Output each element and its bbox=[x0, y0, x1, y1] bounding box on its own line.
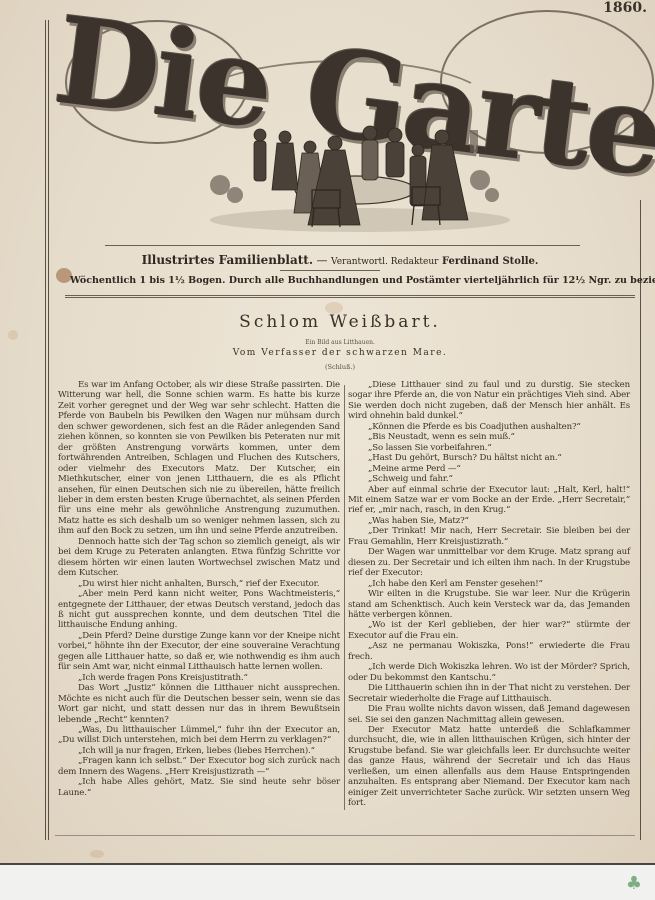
issue-number: 1860. bbox=[603, 0, 647, 16]
paragraph: „Ich habe den Kerl am Fenster gesehen!“ bbox=[348, 579, 630, 589]
article-title: Schlom Weißbart. bbox=[200, 312, 480, 332]
paragraph: „Meine arme Perd —“ bbox=[348, 464, 630, 474]
paragraph: Die Frau wollte nichts davon wissen, daß… bbox=[348, 704, 630, 725]
paragraph: „Hast Du gehört, Bursch? Du hältst nicht… bbox=[348, 453, 630, 463]
paper-stain bbox=[8, 330, 18, 340]
paragraph: „Schweig und fahr.“ bbox=[348, 474, 630, 484]
paragraph: „Diese Litthauer sind zu faul und zu dur… bbox=[348, 380, 630, 422]
paragraph: Es war im Anfang October, als wir diese … bbox=[58, 380, 340, 537]
paragraph: „So lassen Sie vorbeifahren.“ bbox=[348, 443, 630, 453]
paper-stain bbox=[90, 850, 104, 858]
paragraph: „Dein Pferd? Deine durstige Zunge kann v… bbox=[58, 631, 340, 673]
zebra-logo-icon: ♣ bbox=[623, 870, 645, 898]
paragraph: „Können die Pferde es bis Coadjuthen aus… bbox=[348, 422, 630, 432]
paragraph: „Was haben Sie, Matz?“ bbox=[348, 516, 630, 526]
text-column-right: „Diese Litthauer sind zu faul und zu dur… bbox=[348, 380, 630, 809]
paragraph: „Ich habe Alles gehört, Matz. Sie sind h… bbox=[58, 777, 340, 798]
subtitle-main: Illustrirtes Familienblatt. bbox=[142, 253, 313, 267]
paragraph: „Ich will ja nur fragen, Erken, liebes (… bbox=[58, 746, 340, 756]
masthead-rule bbox=[105, 245, 580, 246]
info-rule bbox=[65, 295, 635, 296]
subscription-info: Wöchentlich 1 bis 1½ Bogen. Durch alle B… bbox=[70, 275, 630, 286]
paragraph: Die Litthauerin schien ihn in der That n… bbox=[348, 683, 630, 704]
paragraph: Aber auf einmal schrie der Executor laut… bbox=[348, 485, 630, 516]
subtitle-line: Illustrirtes Familienblatt. — Verantwort… bbox=[90, 253, 590, 267]
article-subtitle: Ein Bild aus Litthauen. bbox=[200, 339, 480, 346]
paragraph: Das Wort „Justiz“ können die Litthauer n… bbox=[58, 683, 340, 725]
paragraph: „Wo ist der Kerl geblieben, der hier war… bbox=[348, 620, 630, 641]
paragraph: „Der Trinkat! Mir nach, Herr Secretair. … bbox=[348, 526, 630, 547]
paragraph: Dennoch hatte sich der Tag schon so ziem… bbox=[58, 537, 340, 579]
paragraph: Der Executor Matz hatte unterdeß die Sch… bbox=[348, 725, 630, 809]
paragraph: „Aber mein Perd kann nicht weiter, Pons … bbox=[58, 589, 340, 631]
paragraph: „Ich werde fragen Pons Kreisjustitrath.“ bbox=[58, 673, 340, 683]
paragraph: „Bis Neustadt, wenn es sein muß.“ bbox=[348, 432, 630, 442]
paragraph: Wir eilten in die Krugstube. Sie war lee… bbox=[348, 589, 630, 620]
subtitle-dash: — bbox=[317, 254, 328, 267]
paragraph: „Was, Du litthauischer Lümmel,“ fuhr ihn… bbox=[58, 725, 340, 746]
right-border-line bbox=[640, 200, 641, 840]
editor-name: Ferdinand Stolle. bbox=[442, 256, 538, 267]
masthead: Die Gartenlaube. 1860. bbox=[40, 0, 655, 245]
paragraph: „Du wirst hier nicht anhalten, Bursch,“ … bbox=[58, 579, 340, 589]
info-rule-2 bbox=[65, 297, 635, 298]
paragraph: „Ich werde Dich Wokiszka lehren. Wo ist … bbox=[348, 662, 630, 683]
paragraph: „Fragen kann ich selbst.“ Der Executor b… bbox=[58, 756, 340, 777]
paragraph: Der Wagen war unmittelbar vor dem Kruge.… bbox=[348, 547, 630, 578]
article-end-rule bbox=[55, 835, 635, 836]
paragraph: „Asz ne permanau Wokiszka, Pons!“ erwied… bbox=[348, 641, 630, 662]
article-note: (Schluß.) bbox=[200, 363, 480, 371]
newspaper-page: Die Gartenlaube. 1860. bbox=[0, 0, 655, 870]
column-divider bbox=[344, 385, 345, 810]
scan-background-band bbox=[0, 863, 655, 900]
garden-scene-illustration bbox=[180, 95, 510, 235]
article-byline: Vom Verfasser der schwarzen Mare. bbox=[200, 348, 480, 358]
editor-label: Verantwortl. Redakteur bbox=[331, 257, 438, 267]
subtitle-underline bbox=[280, 270, 380, 271]
text-column-left: Es war im Anfang October, als wir diese … bbox=[58, 380, 340, 798]
